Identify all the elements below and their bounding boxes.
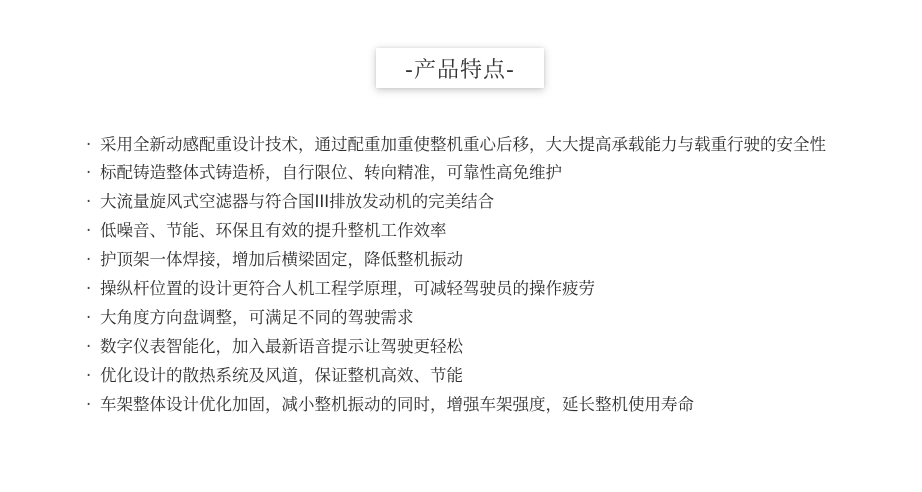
feature-text: 大角度方向盘调整，可满足不同的驾驶需求 — [100, 303, 856, 332]
feature-item: · 优化设计的散热系统及风道，保证整机高效、节能 — [86, 361, 856, 390]
bullet-icon: · — [86, 187, 100, 216]
feature-item: · 大流量旋风式空滤器与符合国III排放发动机的完美结合 — [86, 187, 856, 216]
bullet-icon: · — [86, 361, 100, 390]
feature-text: 采用全新动感配重设计技术，通过配重加重使整机重心后移，大大提高承载能力与载重行驶… — [100, 131, 856, 158]
feature-item: · 操纵杆位置的设计更符合人机工程学原理，可减轻驾驶员的操作疲劳 — [86, 274, 856, 303]
bullet-icon: · — [86, 274, 100, 303]
bullet-icon: · — [86, 216, 100, 245]
feature-item: · 低噪音、节能、环保且有效的提升整机工作效率 — [86, 216, 856, 245]
bullet-icon: · — [86, 332, 100, 361]
feature-item: · 车架整体设计优化加固，减小整机振动的同时，增强车架强度，延长整机使用寿命 — [86, 390, 856, 419]
feature-text: 数字仪表智能化，加入最新语音提示让驾驶更轻松 — [100, 332, 856, 361]
feature-text: 车架整体设计优化加固，减小整机振动的同时，增强车架强度，延长整机使用寿命 — [100, 390, 856, 419]
feature-text: 操纵杆位置的设计更符合人机工程学原理，可减轻驾驶员的操作疲劳 — [100, 274, 856, 303]
bullet-icon: · — [86, 390, 100, 419]
feature-list: · 采用全新动感配重设计技术，通过配重加重使整机重心后移，大大提高承载能力与载重… — [86, 131, 856, 419]
feature-item: · 大角度方向盘调整，可满足不同的驾驶需求 — [86, 303, 856, 332]
bullet-icon: · — [86, 303, 100, 332]
section-title: -产品特点- — [405, 53, 515, 84]
feature-text: 低噪音、节能、环保且有效的提升整机工作效率 — [100, 216, 856, 245]
feature-text: 优化设计的散热系统及风道，保证整机高效、节能 — [100, 361, 856, 390]
feature-item: · 数字仪表智能化，加入最新语音提示让驾驶更轻松 — [86, 332, 856, 361]
feature-item: · 标配铸造整体式铸造桥，自行限位、转向精准，可靠性高免维护 — [86, 158, 856, 187]
bullet-icon: · — [86, 245, 100, 274]
feature-item: · 护顶架一体焊接，增加后横梁固定，降低整机振动 — [86, 245, 856, 274]
feature-item: · 采用全新动感配重设计技术，通过配重加重使整机重心后移，大大提高承载能力与载重… — [86, 131, 856, 158]
bullet-icon: · — [86, 131, 100, 158]
feature-text: 护顶架一体焊接，增加后横梁固定，降低整机振动 — [100, 245, 856, 274]
feature-text: 标配铸造整体式铸造桥，自行限位、转向精准，可靠性高免维护 — [100, 158, 856, 187]
feature-text: 大流量旋风式空滤器与符合国III排放发动机的完美结合 — [100, 187, 856, 216]
bullet-icon: · — [86, 158, 100, 187]
section-title-box: -产品特点- — [376, 48, 544, 88]
